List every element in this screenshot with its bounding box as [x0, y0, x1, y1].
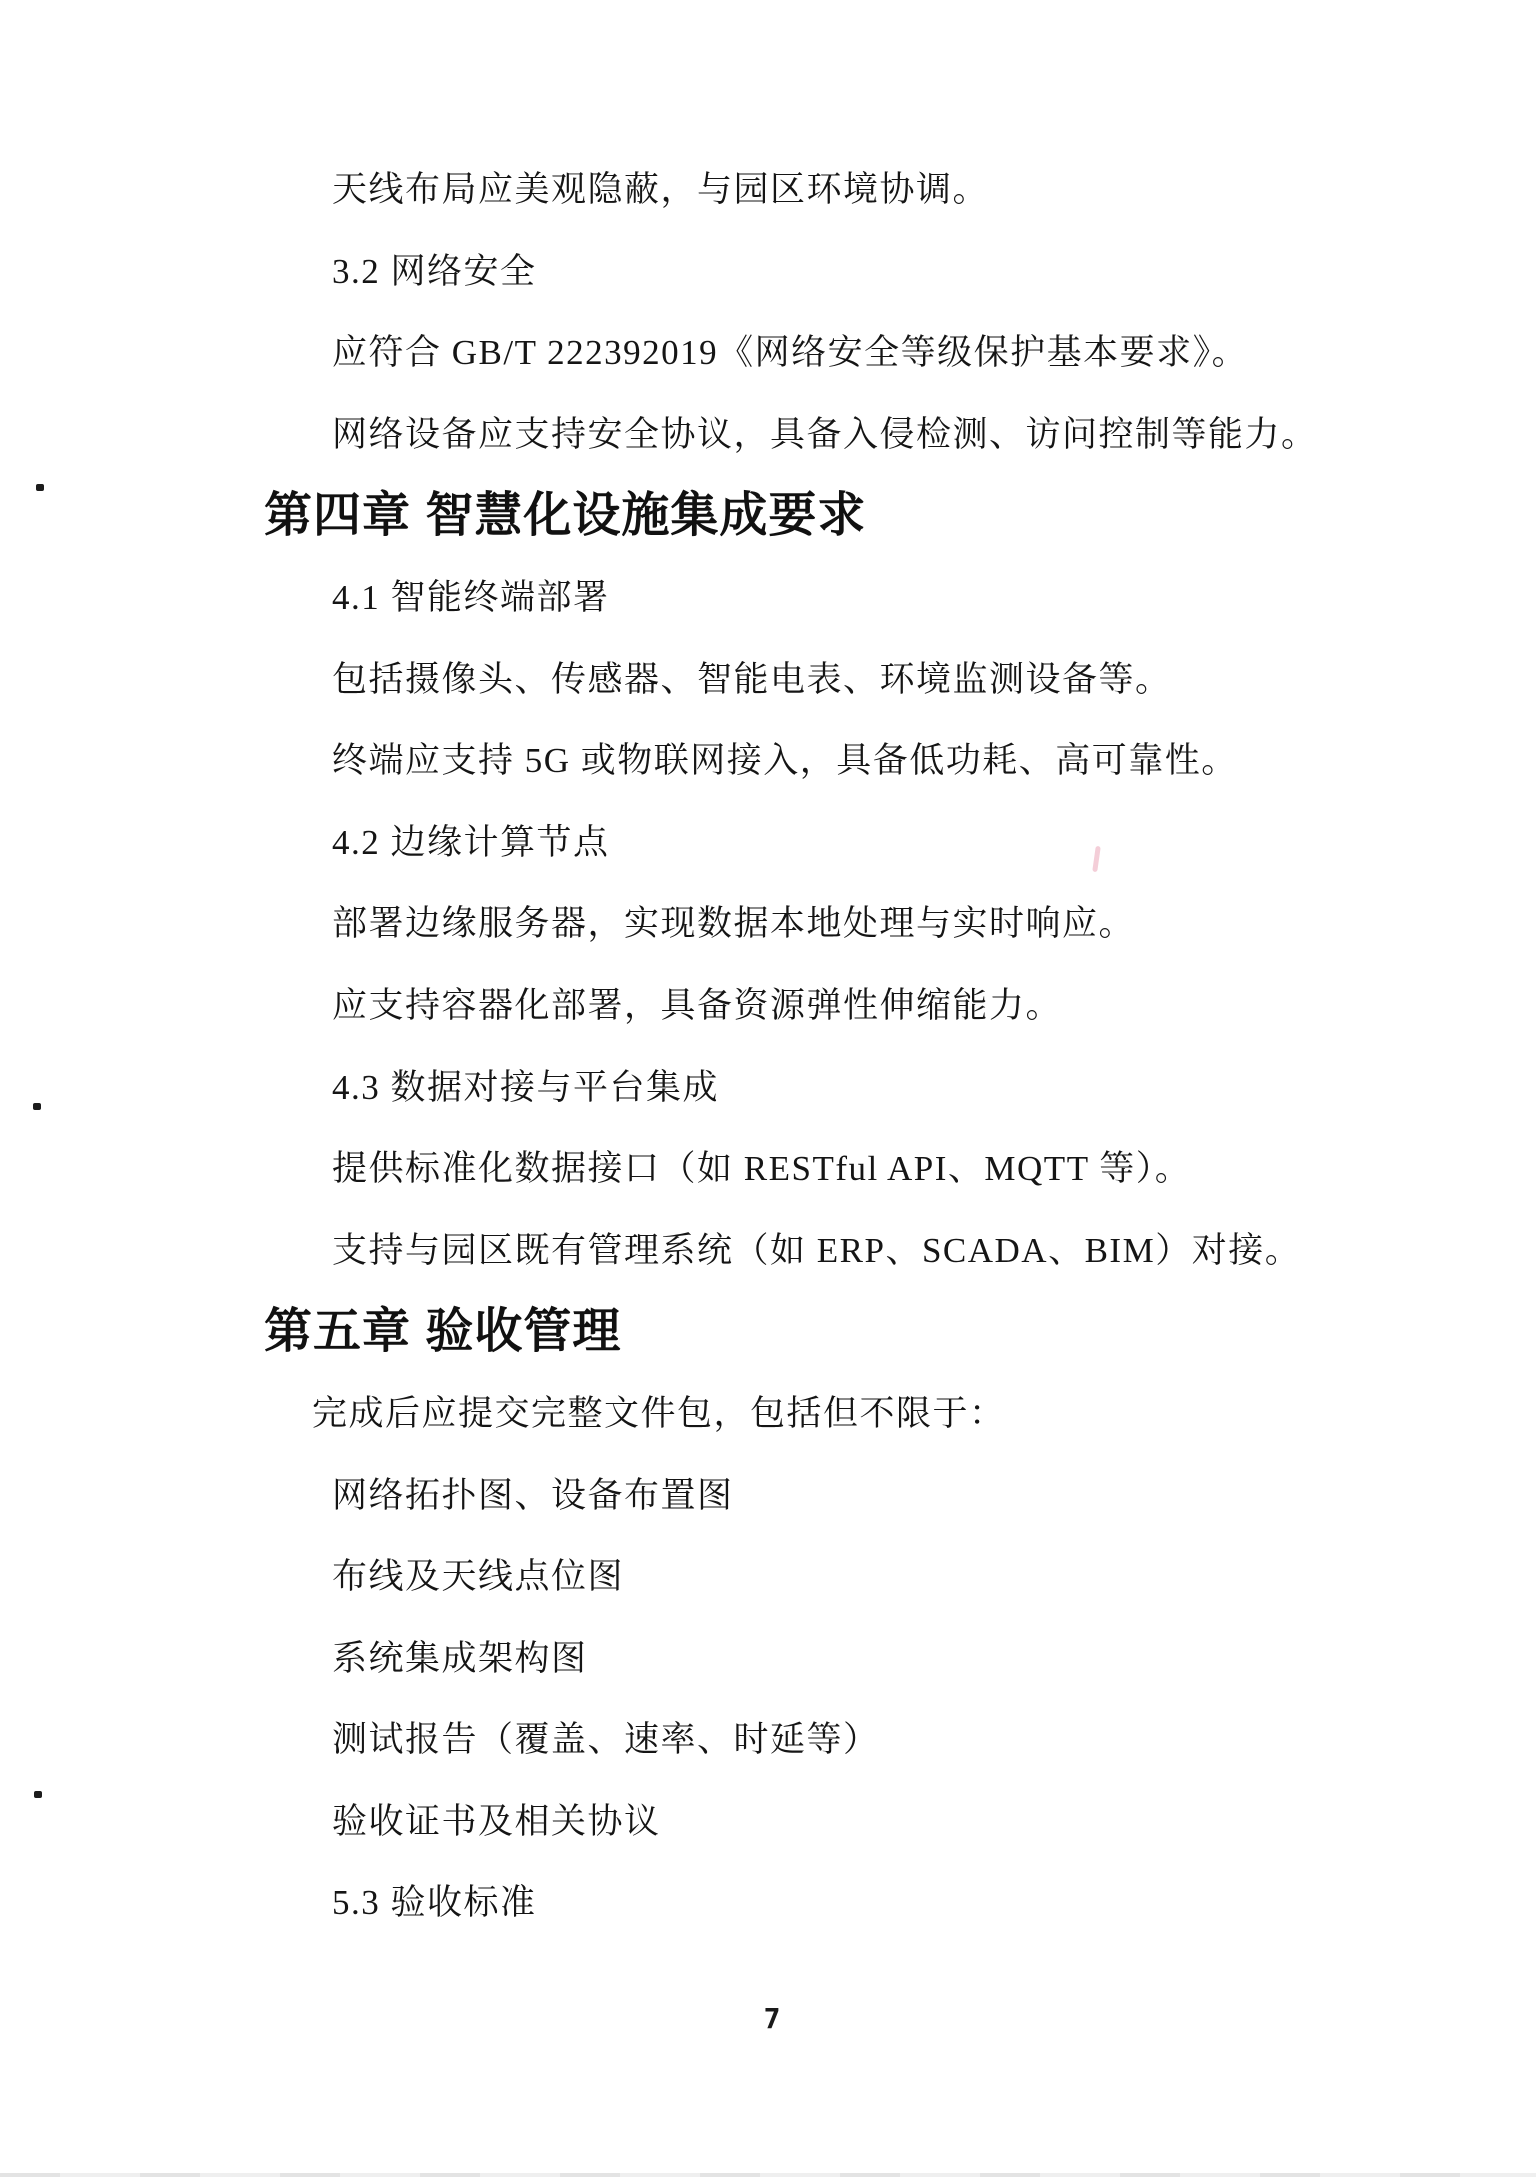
list-item: 测试报告（覆盖、速率、时延等） [0, 1699, 1536, 1781]
section-subtitle: 5.3 验收标准 [0, 1862, 1536, 1944]
scan-edge-artifact [0, 2173, 1536, 2177]
section-subtitle: 4.3 数据对接与平台集成 [0, 1047, 1536, 1129]
scan-speck [36, 484, 44, 491]
section-subtitle: 3.2 网络安全 [0, 231, 1536, 313]
list-item: 布线及天线点位图 [0, 1536, 1536, 1618]
paragraph-line: 支持与园区既有管理系统（如 ERP、SCADA、BIM）对接。 [0, 1210, 1536, 1292]
list-item: 验收证书及相关协议 [0, 1781, 1536, 1863]
scan-speck [34, 1791, 42, 1798]
section-subtitle: 4.2 边缘计算节点 [0, 802, 1536, 884]
section-subtitle: 4.1 智能终端部署 [0, 557, 1536, 639]
list-item: 系统集成架构图 [0, 1618, 1536, 1700]
paragraph-line: 包括摄像头、传感器、智能电表、环境监测设备等。 [0, 639, 1536, 721]
chapter-heading: 第四章 智慧化设施集成要求 [0, 475, 1536, 557]
document-body: 天线布局应美观隐蔽，与园区环境协调。 3.2 网络安全 应符合 GB/T 222… [0, 149, 1536, 1944]
paragraph-line: 提供标准化数据接口（如 RESTful API、MQTT 等）。 [0, 1128, 1536, 1210]
paragraph-line: 网络设备应支持安全协议，具备入侵检测、访问控制等能力。 [0, 394, 1536, 476]
scanned-document-page: 天线布局应美观隐蔽，与园区环境协调。 3.2 网络安全 应符合 GB/T 222… [0, 0, 1536, 2177]
paragraph-line: 天线布局应美观隐蔽，与园区环境协调。 [0, 149, 1536, 231]
page-number: 7 [4, 2002, 1536, 2036]
paragraph-line: 应支持容器化部署，具备资源弹性伸缩能力。 [0, 965, 1536, 1047]
list-item: 网络拓扑图、设备布置图 [0, 1455, 1536, 1537]
paragraph-line: 部署边缘服务器，实现数据本地处理与实时响应。 [0, 883, 1536, 965]
paragraph-line: 终端应支持 5G 或物联网接入，具备低功耗、高可靠性。 [0, 720, 1536, 802]
scan-speck [33, 1103, 41, 1110]
paragraph-line: 完成后应提交完整文件包，包括但不限于： [0, 1373, 1536, 1455]
paragraph-line: 应符合 GB/T 222392019《网络安全等级保护基本要求》。 [0, 312, 1536, 394]
chapter-heading: 第五章 验收管理 [0, 1291, 1536, 1373]
